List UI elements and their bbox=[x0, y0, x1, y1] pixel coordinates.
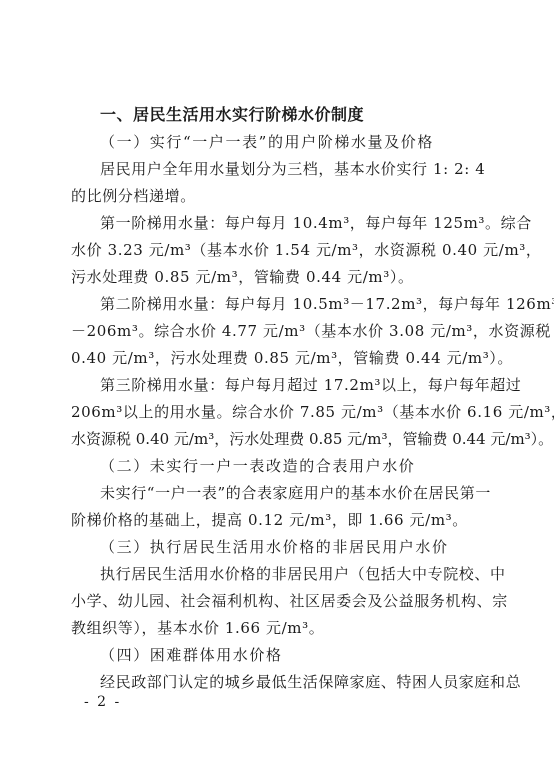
paragraph-line: 第一阶梯用水量：每户每月 10.4m³，每户每年 125m³。综合 bbox=[100, 214, 532, 232]
paragraph-line: －206m³。综合水价 4.77 元/m³（基本水价 3.08 元/m³，水资源… bbox=[71, 322, 551, 340]
paragraph-line: 执行居民生活用水价格的非居民用户（包括大中专院校、中 bbox=[100, 565, 506, 583]
subsection-title-1: （一）实行“一户一表”的用户阶梯水量及价格 bbox=[100, 133, 434, 151]
section-heading: 一、居民生活用水实行阶梯水价制度 bbox=[100, 106, 364, 124]
paragraph-line: 经民政部门认定的城乡最低生活保障家庭、特困人员家庭和总 bbox=[100, 673, 521, 691]
paragraph-line: 的比例分档递增。 bbox=[71, 187, 196, 205]
paragraph-line: 教组织等），基本水价 1.66 元/m³。 bbox=[71, 619, 324, 637]
paragraph-line: 水价 3.23 元/m³（基本水价 1.54 元/m³，水资源税 0.40 元/… bbox=[71, 241, 541, 259]
paragraph-line: 水资源税 0.40 元/m³，污水处理费 0.85 元/m³，管输费 0.44 … bbox=[71, 430, 553, 448]
paragraph-line: 小学、幼儿园、社会福利机构、社区居委会及公益服务机构、宗 bbox=[71, 592, 508, 610]
subsection-title-3: （三）执行居民生活用水价格的非居民用户水价 bbox=[100, 538, 449, 556]
paragraph-line: 污水处理费 0.85 元/m³，管输费 0.44 元/m³）。 bbox=[71, 268, 414, 286]
paragraph-line: 未实行“一户一表”的合表家庭用户的基本水价在居民第一 bbox=[100, 484, 491, 502]
page-number: - 2 - bbox=[84, 694, 121, 710]
paragraph-line: 206m³以上的用水量。综合水价 7.85 元/m³（基本水价 6.16 元/m… bbox=[71, 403, 554, 421]
paragraph-line: 阶梯价格的基础上，提高 0.12 元/m³，即 1.66 元/m³。 bbox=[71, 511, 468, 529]
subsection-title-4: （四）困难群体用水价格 bbox=[100, 646, 283, 664]
paragraph-line: 第三阶梯用水量：每户每月超过 17.2m³以上，每户每年超过 bbox=[100, 376, 521, 394]
paragraph-line: 0.40 元/m³，污水处理费 0.85 元/m³，管输费 0.44 元/m³）… bbox=[71, 349, 513, 367]
paragraph-line: 居民用户全年用水量划分为三档，基本水价实行 1: 2: 4 bbox=[100, 160, 483, 178]
paragraph-line: 第二阶梯用水量：每户每月 10.5m³－17.2m³，每户每年 126m³ bbox=[100, 295, 554, 313]
subsection-title-2: （二）未实行一户一表改造的合表用户水价 bbox=[100, 457, 415, 475]
